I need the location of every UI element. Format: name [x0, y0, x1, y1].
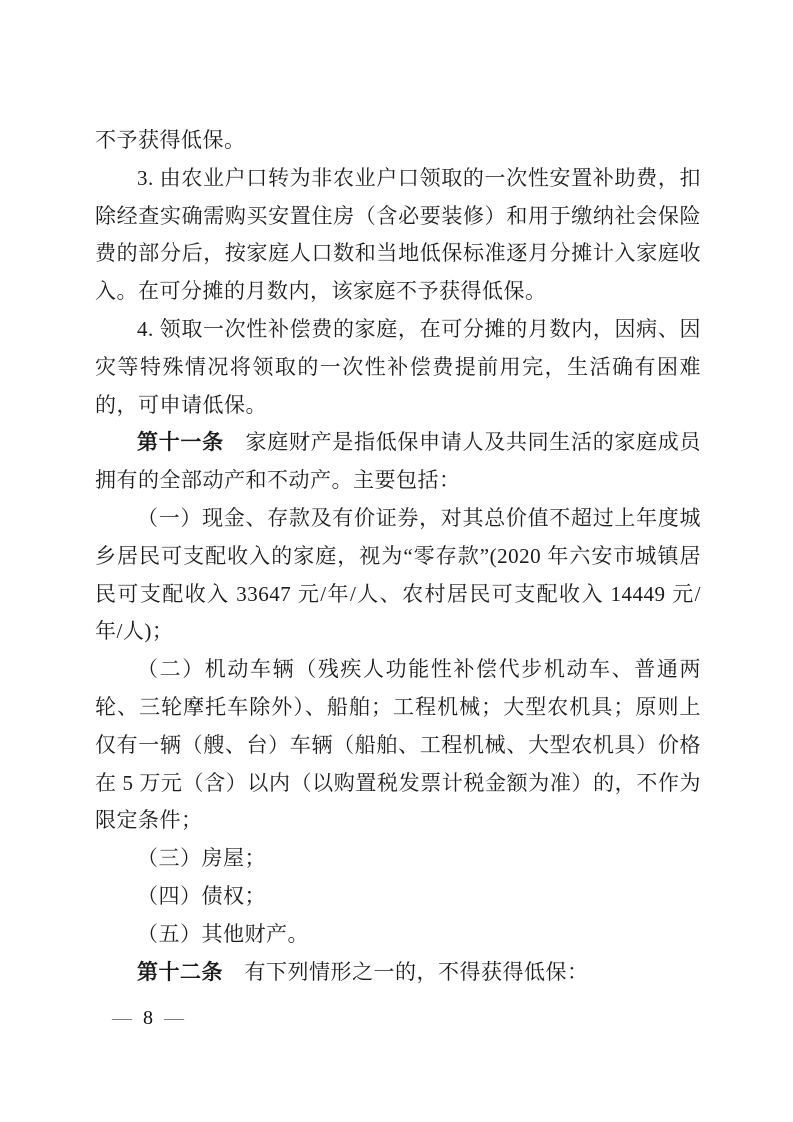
- paragraph-article-12: 第十二条 有下列情形之一的，不得获得低保：: [95, 954, 701, 992]
- paragraph-item-4: 4. 领取一次性补偿费的家庭，在可分摊的月数内，因病、因灾等特殊情况将领取的一次…: [95, 311, 701, 424]
- paragraph-text: （三）房屋；: [137, 846, 266, 870]
- paragraph-text: 不予获得低保。: [95, 128, 246, 152]
- article-11-heading: 第十一条: [137, 430, 224, 454]
- paragraph-text: 有下列情形之一的，不得获得低保：: [223, 960, 589, 984]
- paragraph-clause-4: （四）债权；: [95, 878, 701, 916]
- paragraph-item-3: 3. 由农业户口转为非农业户口领取的一次性安置补助费，扣除经查实确需购买安置住房…: [95, 160, 701, 311]
- paragraph-clause-1: （一）现金、存款及有价证券，对其总价值不超过上年度城乡居民可支配收入的家庭，视为…: [95, 500, 701, 651]
- paragraph-text: 4. 领取一次性补偿费的家庭，在可分摊的月数内，因病、因灾等特殊情况将领取的一次…: [95, 317, 701, 417]
- paragraph-text: （四）债权；: [137, 884, 266, 908]
- page-number: 8: [132, 1007, 164, 1029]
- paragraph-text: （五）其他财产。: [137, 922, 309, 946]
- paragraph-article-11: 第十一条 家庭财产是指低保申请人及共同生活的家庭成员拥有的全部动产和不动产。主要…: [95, 424, 701, 500]
- page-footer: —8—: [112, 1004, 184, 1032]
- footer-right-dash: —: [164, 1007, 184, 1029]
- paragraph-text: （一）现金、存款及有价证券，对其总价值不超过上年度城乡居民可支配收入的家庭，视为…: [95, 506, 701, 643]
- document-body: 不予获得低保。 3. 由农业户口转为非农业户口领取的一次性安置补助费，扣除经查实…: [95, 122, 701, 991]
- footer-left-dash: —: [112, 1007, 132, 1029]
- document-page: 不予获得低保。 3. 由农业户口转为非农业户口领取的一次性安置补助费，扣除经查实…: [0, 0, 793, 1122]
- paragraph-clause-3: （三）房屋；: [95, 840, 701, 878]
- paragraph-clause-5: （五）其他财产。: [95, 916, 701, 954]
- article-12-heading: 第十二条: [137, 960, 223, 984]
- paragraph-clause-2: （二）机动车辆（残疾人功能性补偿代步机动车、普通两轮、三轮摩托车除外）、船舶；工…: [95, 651, 701, 840]
- paragraph-continuation: 不予获得低保。: [95, 122, 701, 160]
- paragraph-text: （二）机动车辆（残疾人功能性补偿代步机动车、普通两轮、三轮摩托车除外）、船舶；工…: [95, 657, 701, 832]
- paragraph-text: 3. 由农业户口转为非农业户口领取的一次性安置补助费，扣除经查实确需购买安置住房…: [95, 166, 701, 303]
